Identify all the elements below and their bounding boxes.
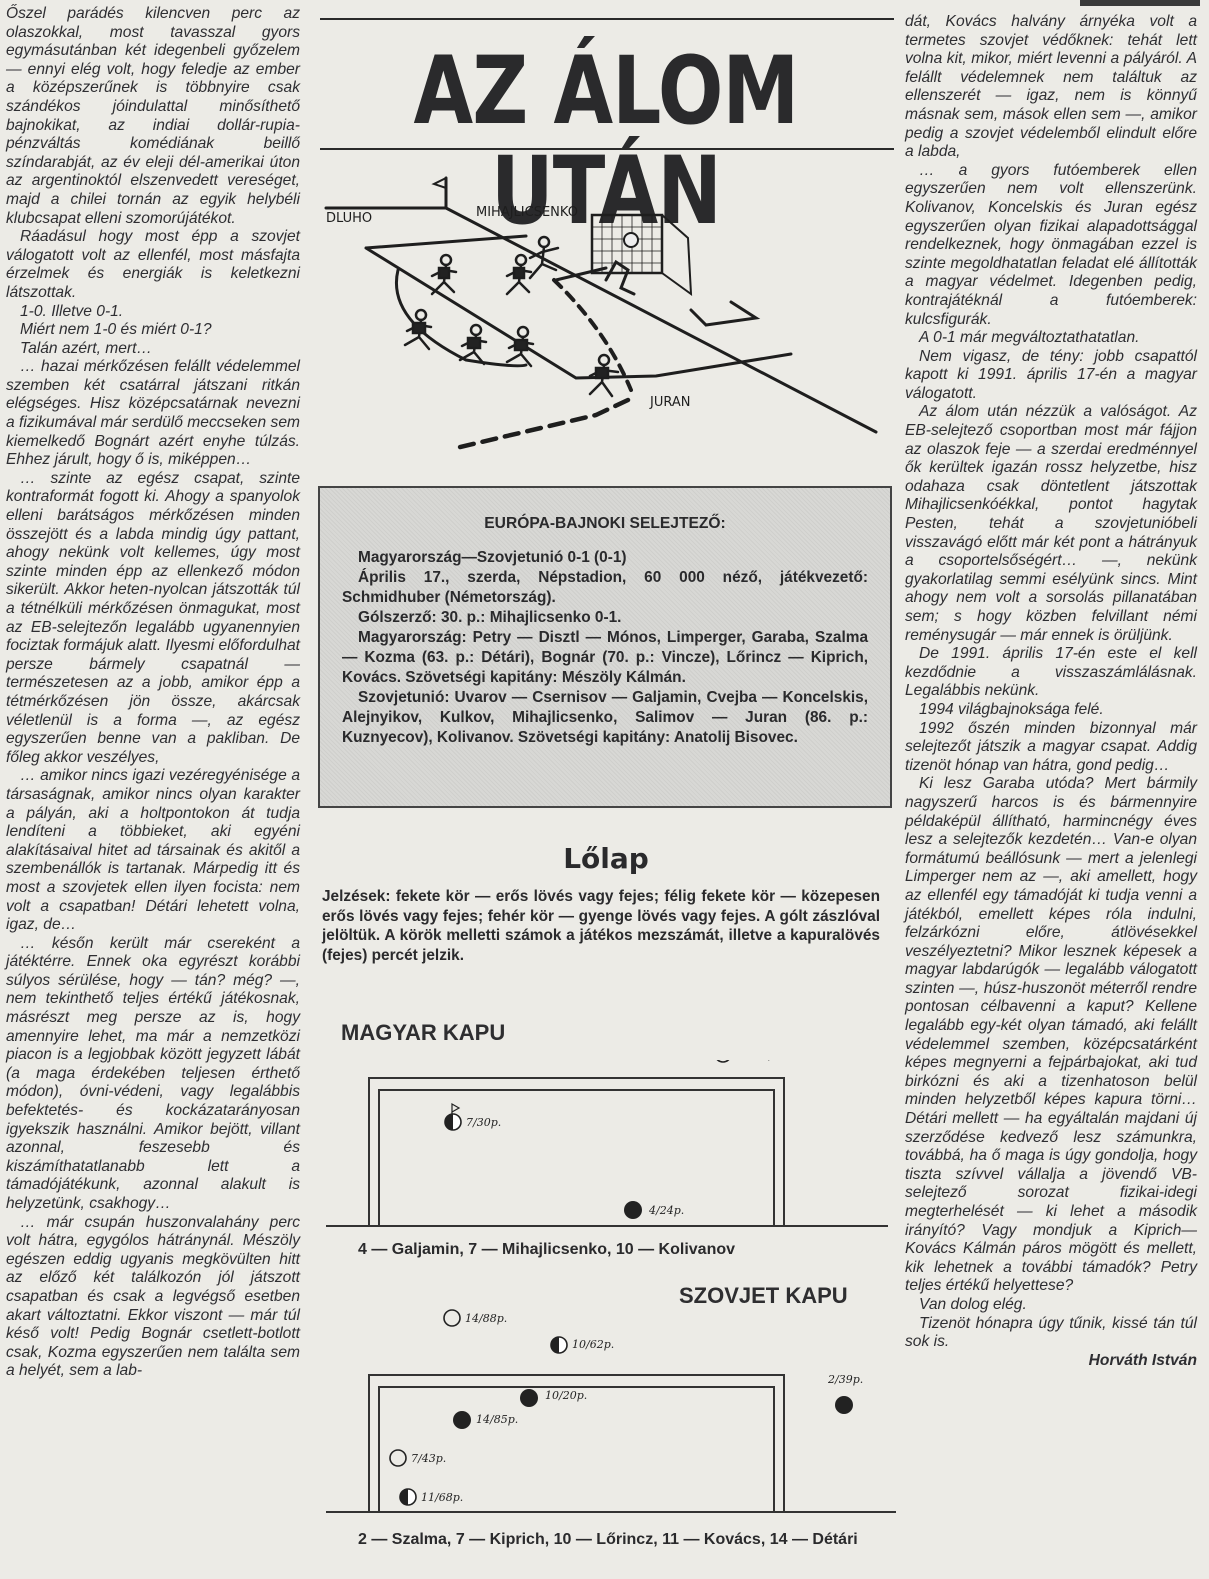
paragraph: 1992 őszén minden bizonnyal már selejtez…: [905, 720, 1197, 776]
svg-text:2/39p.: 2/39p.: [827, 1373, 863, 1386]
paragraph: Nem vigasz, de tény: jobb csapattól kapo…: [905, 348, 1197, 404]
infobox-scorer: Gólszerző: 30. p.: Mihajlicsenko 0-1.: [342, 608, 868, 628]
paragraph: De 1991. április 17-én este el kell kezd…: [905, 645, 1197, 701]
svg-text:11/68p.: 11/68p.: [421, 1491, 463, 1504]
infobox-lineup-hungary: Magyarország: Petry — Disztl — Mónos, Li…: [342, 628, 868, 688]
svg-text:7/43p.: 7/43p.: [411, 1452, 446, 1465]
szovjet-kapu-shot-chart: 14/88p. 10/62p. 10/20p. 14/85p. 7/43p. 1…: [316, 1290, 896, 1520]
magyar-kapu-caption: 4 — Galjamin, 7 — Mihajlicsenko, 10 — Ko…: [358, 1240, 918, 1260]
svg-text:10/77p.: 10/77p.: [736, 1060, 778, 1061]
artist-signature: DLUHO: [326, 211, 372, 226]
paragraph: Miért nem 1-0 és miért 0-1?: [6, 321, 300, 340]
article-middle-column: AZ ÁLOM UTÁN: [316, 0, 896, 1579]
paragraph: Ki lesz Garaba utóda? Mert bármily nagys…: [905, 775, 1197, 1296]
infobox-lineup-soviet: Szovjetunió: Uvarov — Csernisov — Galjam…: [342, 688, 868, 748]
page-edge-bar: [1080, 0, 1200, 6]
paragraph: … amikor nincs igazi vezéregyénisége a t…: [6, 767, 300, 934]
paragraph: Van dolog elég.: [905, 1296, 1197, 1315]
paragraph: 1994 világbajnoksága felé.: [905, 701, 1197, 720]
infobox-result: Magyarország—Szovjetunió 0-1 (0-1): [342, 548, 868, 568]
article-column-right: dát, Kovács halvány árnyéka volt a terme…: [905, 13, 1197, 1370]
paragraph: Őszel parádés kilencven perc az olaszokk…: [6, 5, 300, 228]
label-mihajlicsenko: MIHAJLICSENKO: [476, 205, 578, 220]
paragraph: … szinte az egész csapat, szinte kontraf…: [6, 470, 300, 768]
infobox-title: EURÓPA-BAJNOKI SELEJTEZŐ:: [342, 514, 868, 534]
lolap-legend: Jelzések: fekete kör — erős lövés vagy f…: [322, 887, 880, 965]
svg-text:14/85p.: 14/85p.: [476, 1413, 518, 1426]
paragraph: Tizenöt hónapra úgy tűnik, kissé tán túl…: [905, 1315, 1197, 1352]
paragraph: Ráadásul hogy most épp a szovjet válogat…: [6, 228, 300, 302]
svg-text:4/24p.: 4/24p.: [648, 1204, 684, 1217]
football-cartoon-illustration: DLUHO MIHAJLICSENKO JURAN: [316, 170, 896, 460]
paragraph: … hazai mérkőzésen felállt védelemmel sz…: [6, 358, 300, 470]
szovjet-kapu-caption: 2 — Szalma, 7 — Kiprich, 10 — Lőrincz, 1…: [328, 1530, 888, 1550]
svg-text:14/88p.: 14/88p.: [465, 1312, 507, 1325]
label-juran: JURAN: [649, 395, 690, 410]
lolap-title: Lőlap: [316, 842, 896, 875]
infobox-details: Április 17., szerda, Népstadion, 60 000 …: [342, 568, 868, 608]
headline-top-rule: [320, 18, 894, 20]
article-column-left: Őszel parádés kilencven perc az olaszokk…: [6, 5, 300, 1381]
paragraph: Talán azért, mert…: [6, 340, 300, 359]
svg-text:10/62p.: 10/62p.: [572, 1338, 614, 1351]
magyar-kapu-shot-chart: 10/77p. 7/30p. 4/24p.: [316, 1060, 896, 1250]
magyar-kapu-title: MAGYAR KAPU: [341, 1020, 505, 1046]
paragraph: … a gyors futóemberek ellen egyszerűen n…: [905, 162, 1197, 329]
paragraph: dát, Kovács halvány árnyéka volt a terme…: [905, 13, 1197, 162]
svg-text:7/30p.: 7/30p.: [466, 1116, 501, 1129]
paragraph: … későn került már csereként a játéktérr…: [6, 935, 300, 1214]
svg-text:10/20p.: 10/20p.: [545, 1389, 587, 1402]
headline-bottom-rule: [320, 148, 894, 150]
match-info-box: EURÓPA-BAJNOKI SELEJTEZŐ: Magyarország—S…: [318, 486, 892, 808]
paragraph: Az álom után nézzük a valóságot. Az EB-s…: [905, 403, 1197, 645]
paragraph: A 0-1 már megváltoztathatatlan.: [905, 329, 1197, 348]
author-byline: Horváth István: [905, 1352, 1197, 1371]
paragraph: 1-0. Illetve 0-1.: [6, 303, 300, 322]
paragraph: … már csupán huszonvalahány perc volt há…: [6, 1214, 300, 1381]
